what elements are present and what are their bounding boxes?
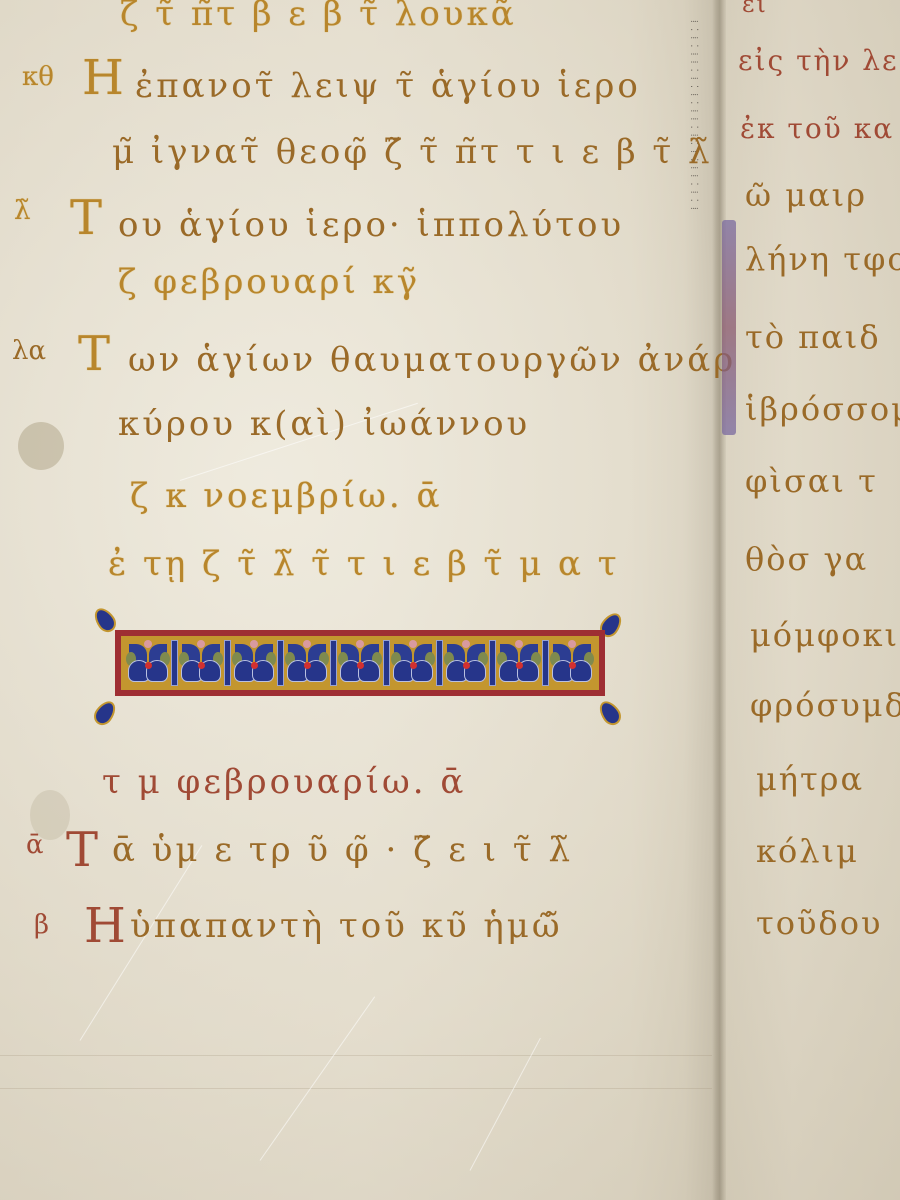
initial-letter: Η xyxy=(82,50,124,106)
text-line: ζ φεβρουαρί κγ̃ xyxy=(118,262,420,302)
parchment-crease xyxy=(260,996,376,1160)
margin-date: β xyxy=(34,910,49,940)
palmette-tile xyxy=(285,640,329,686)
initial-letter: Τ xyxy=(70,190,102,246)
text-line: μ̃ ἰγνατ̃ θεοφ̃ ζ̃ τ̃ π̃τ τ ι ε β τ̃ λ̃ xyxy=(112,132,713,172)
decorated-initial-tau xyxy=(722,220,736,435)
band-divider xyxy=(489,640,496,686)
text-line: ἱβρόσσομ xyxy=(745,390,900,428)
palmette-tile xyxy=(391,640,435,686)
headpiece-finial xyxy=(90,697,120,729)
text-line: τοῦδου xyxy=(756,904,882,942)
text-line: φὶσαι τ xyxy=(745,462,878,500)
illuminated-headpiece xyxy=(115,630,605,696)
text-line: ων ἁγίων θαυματουργῶν ἀνάρ xyxy=(128,340,736,380)
text-line: λήνη τφο xyxy=(745,240,900,278)
ruling-line xyxy=(0,1088,712,1089)
text-line: κύρου κ(αὶ) ἰωάννου xyxy=(118,404,530,444)
text-line: μόμφοκι xyxy=(750,616,899,654)
band-divider xyxy=(171,640,178,686)
initial-letter: Τ xyxy=(66,822,98,878)
margin-date: λ̃ xyxy=(14,196,30,226)
text-line: ζ κ νοεμβρίω. ᾱ xyxy=(130,476,442,516)
margin-date: ᾱ xyxy=(26,830,44,860)
text-line: ᾱ ὑμ ε τρ ῦ φ̃ · ζ̃ ε ι τ̃ λ̃ xyxy=(112,830,573,870)
ruling-line xyxy=(0,1055,712,1056)
palmette-tile xyxy=(126,640,170,686)
text-line: ῶ μαιρ xyxy=(745,176,867,214)
text-line: φρόσυμδ xyxy=(750,686,900,724)
book-gutter xyxy=(712,0,726,1200)
text-line: ει xyxy=(742,0,768,18)
text-line: τὸ παιδ xyxy=(745,318,881,356)
palmette-tile xyxy=(444,640,488,686)
palmette-tile xyxy=(550,640,594,686)
band-divider xyxy=(436,640,443,686)
band-divider xyxy=(277,640,284,686)
band-divider xyxy=(224,640,231,686)
text-line: ἐπανοτ̃ λειψ τ̃ ἁγίου ἱερο xyxy=(135,66,641,106)
margin-date: κθ xyxy=(22,62,54,92)
text-line: κόλιμ xyxy=(756,832,859,870)
initial-letter: Τ xyxy=(78,326,110,382)
palmette-tile xyxy=(497,640,541,686)
text-line: μήτρα xyxy=(756,760,864,798)
text-line: τ μ φεβρουαρίω. ᾱ xyxy=(102,762,466,802)
parchment-crease xyxy=(470,1038,541,1171)
band-divider xyxy=(330,640,337,686)
band-divider xyxy=(542,640,549,686)
headpiece-finial xyxy=(595,697,625,729)
stain xyxy=(18,422,64,470)
margin-date: λα xyxy=(12,336,46,366)
palmette-tile xyxy=(179,640,223,686)
band-divider xyxy=(383,640,390,686)
text-line: ἐ τῃ ζ τ̃ λ̃ τ̃ τ ι ε β τ̃ μ α τ xyxy=(108,544,620,584)
initial-letter: Η xyxy=(84,898,126,954)
text-line: ἐκ τοῦ κα xyxy=(740,112,894,145)
text-line: ζ τ̃ π̃τ β ε β τ̃ λουκᾶ xyxy=(120,0,517,34)
text-line: ου ἁγίου ἱερο· ἱππολύτου xyxy=(118,205,624,245)
manuscript-spread: ⁞ ⁚ ⁞ ⁚ ⁞ ⁞ ⁚ ⁞ ⁚ ⁞ ⁚ ⁞ ⁞ ⁚ ⁞ ⁚ ⁞ ⁚ ⁞ ⁞ … xyxy=(0,0,900,1200)
text-line: ὑπαπαντὴ τοῦ κυ̃ ἡμῶ̃ xyxy=(130,906,563,946)
palmette-tile xyxy=(338,640,382,686)
text-line: θὸσ γα xyxy=(745,540,868,578)
palmette-tile xyxy=(232,640,276,686)
text-line: εἰς τὴν λε xyxy=(738,44,899,77)
